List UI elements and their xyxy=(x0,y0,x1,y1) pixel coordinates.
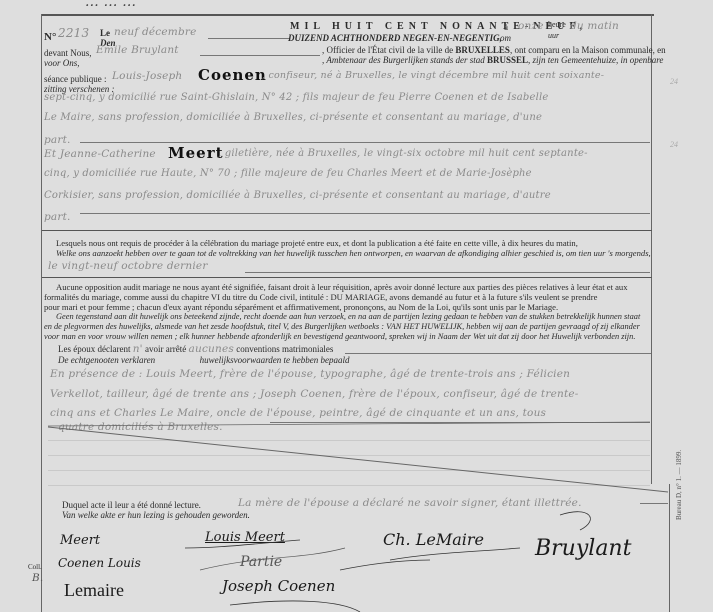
coll-label: Coll. xyxy=(28,562,42,572)
signature-partie: Partie xyxy=(239,554,282,570)
signature-flourishes: Partie xyxy=(0,0,713,612)
coll-mark: B. xyxy=(32,572,43,584)
civil-register-page: ... ... ... N° 2213 Le Den neuf décembre… xyxy=(0,0,713,612)
printer-mark: Bureau D, n° 1. — 1899. xyxy=(675,450,683,520)
